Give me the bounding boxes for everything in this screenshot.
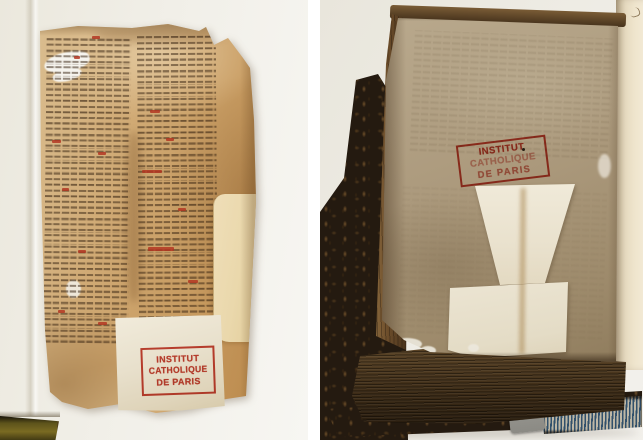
stamp-line: CATHOLIQUE: [145, 364, 212, 378]
repair-patch-bottom: [446, 280, 570, 360]
bookplate-label: INSTITUT CATHOLIQUE DE PARIS: [113, 315, 225, 412]
rubric-mark: [58, 310, 65, 313]
rubric-mark: [150, 110, 160, 113]
photo-right-open-book: INSTITUT CATHOLIQUE DE PARIS: [320, 0, 643, 440]
rubric-mark: [98, 152, 106, 155]
rubric-mark: [92, 36, 100, 39]
facing-page: [616, 0, 643, 370]
open-page: INSTITUT CATHOLIQUE DE PARIS: [378, 12, 622, 364]
rubric-mark: [178, 208, 186, 211]
repair-patch-group: [378, 12, 622, 364]
rubric-mark: [62, 188, 69, 191]
text-column-left: [43, 36, 131, 345]
photo-collage: INSTITUT CATHOLIQUE DE PARIS INSTITUT CA…: [0, 0, 643, 440]
rubric-line: [142, 170, 162, 173]
rubric-mark: [52, 140, 61, 143]
paper-flake: [468, 344, 479, 352]
rubric-mark: [98, 322, 107, 325]
photo-left-manuscript-leaf: INSTITUT CATHOLIQUE DE PARIS: [0, 0, 308, 440]
text-column-right: [137, 34, 218, 365]
rubric-mark: [78, 250, 86, 253]
rubric-mark: [74, 56, 80, 59]
rubric-mark: [166, 138, 174, 141]
rubric-line: [148, 247, 174, 251]
handwriting-mark: [629, 7, 641, 19]
library-stamp: INSTITUT CATHOLIQUE DE PARIS: [140, 346, 216, 397]
rubric-mark: [188, 280, 198, 283]
